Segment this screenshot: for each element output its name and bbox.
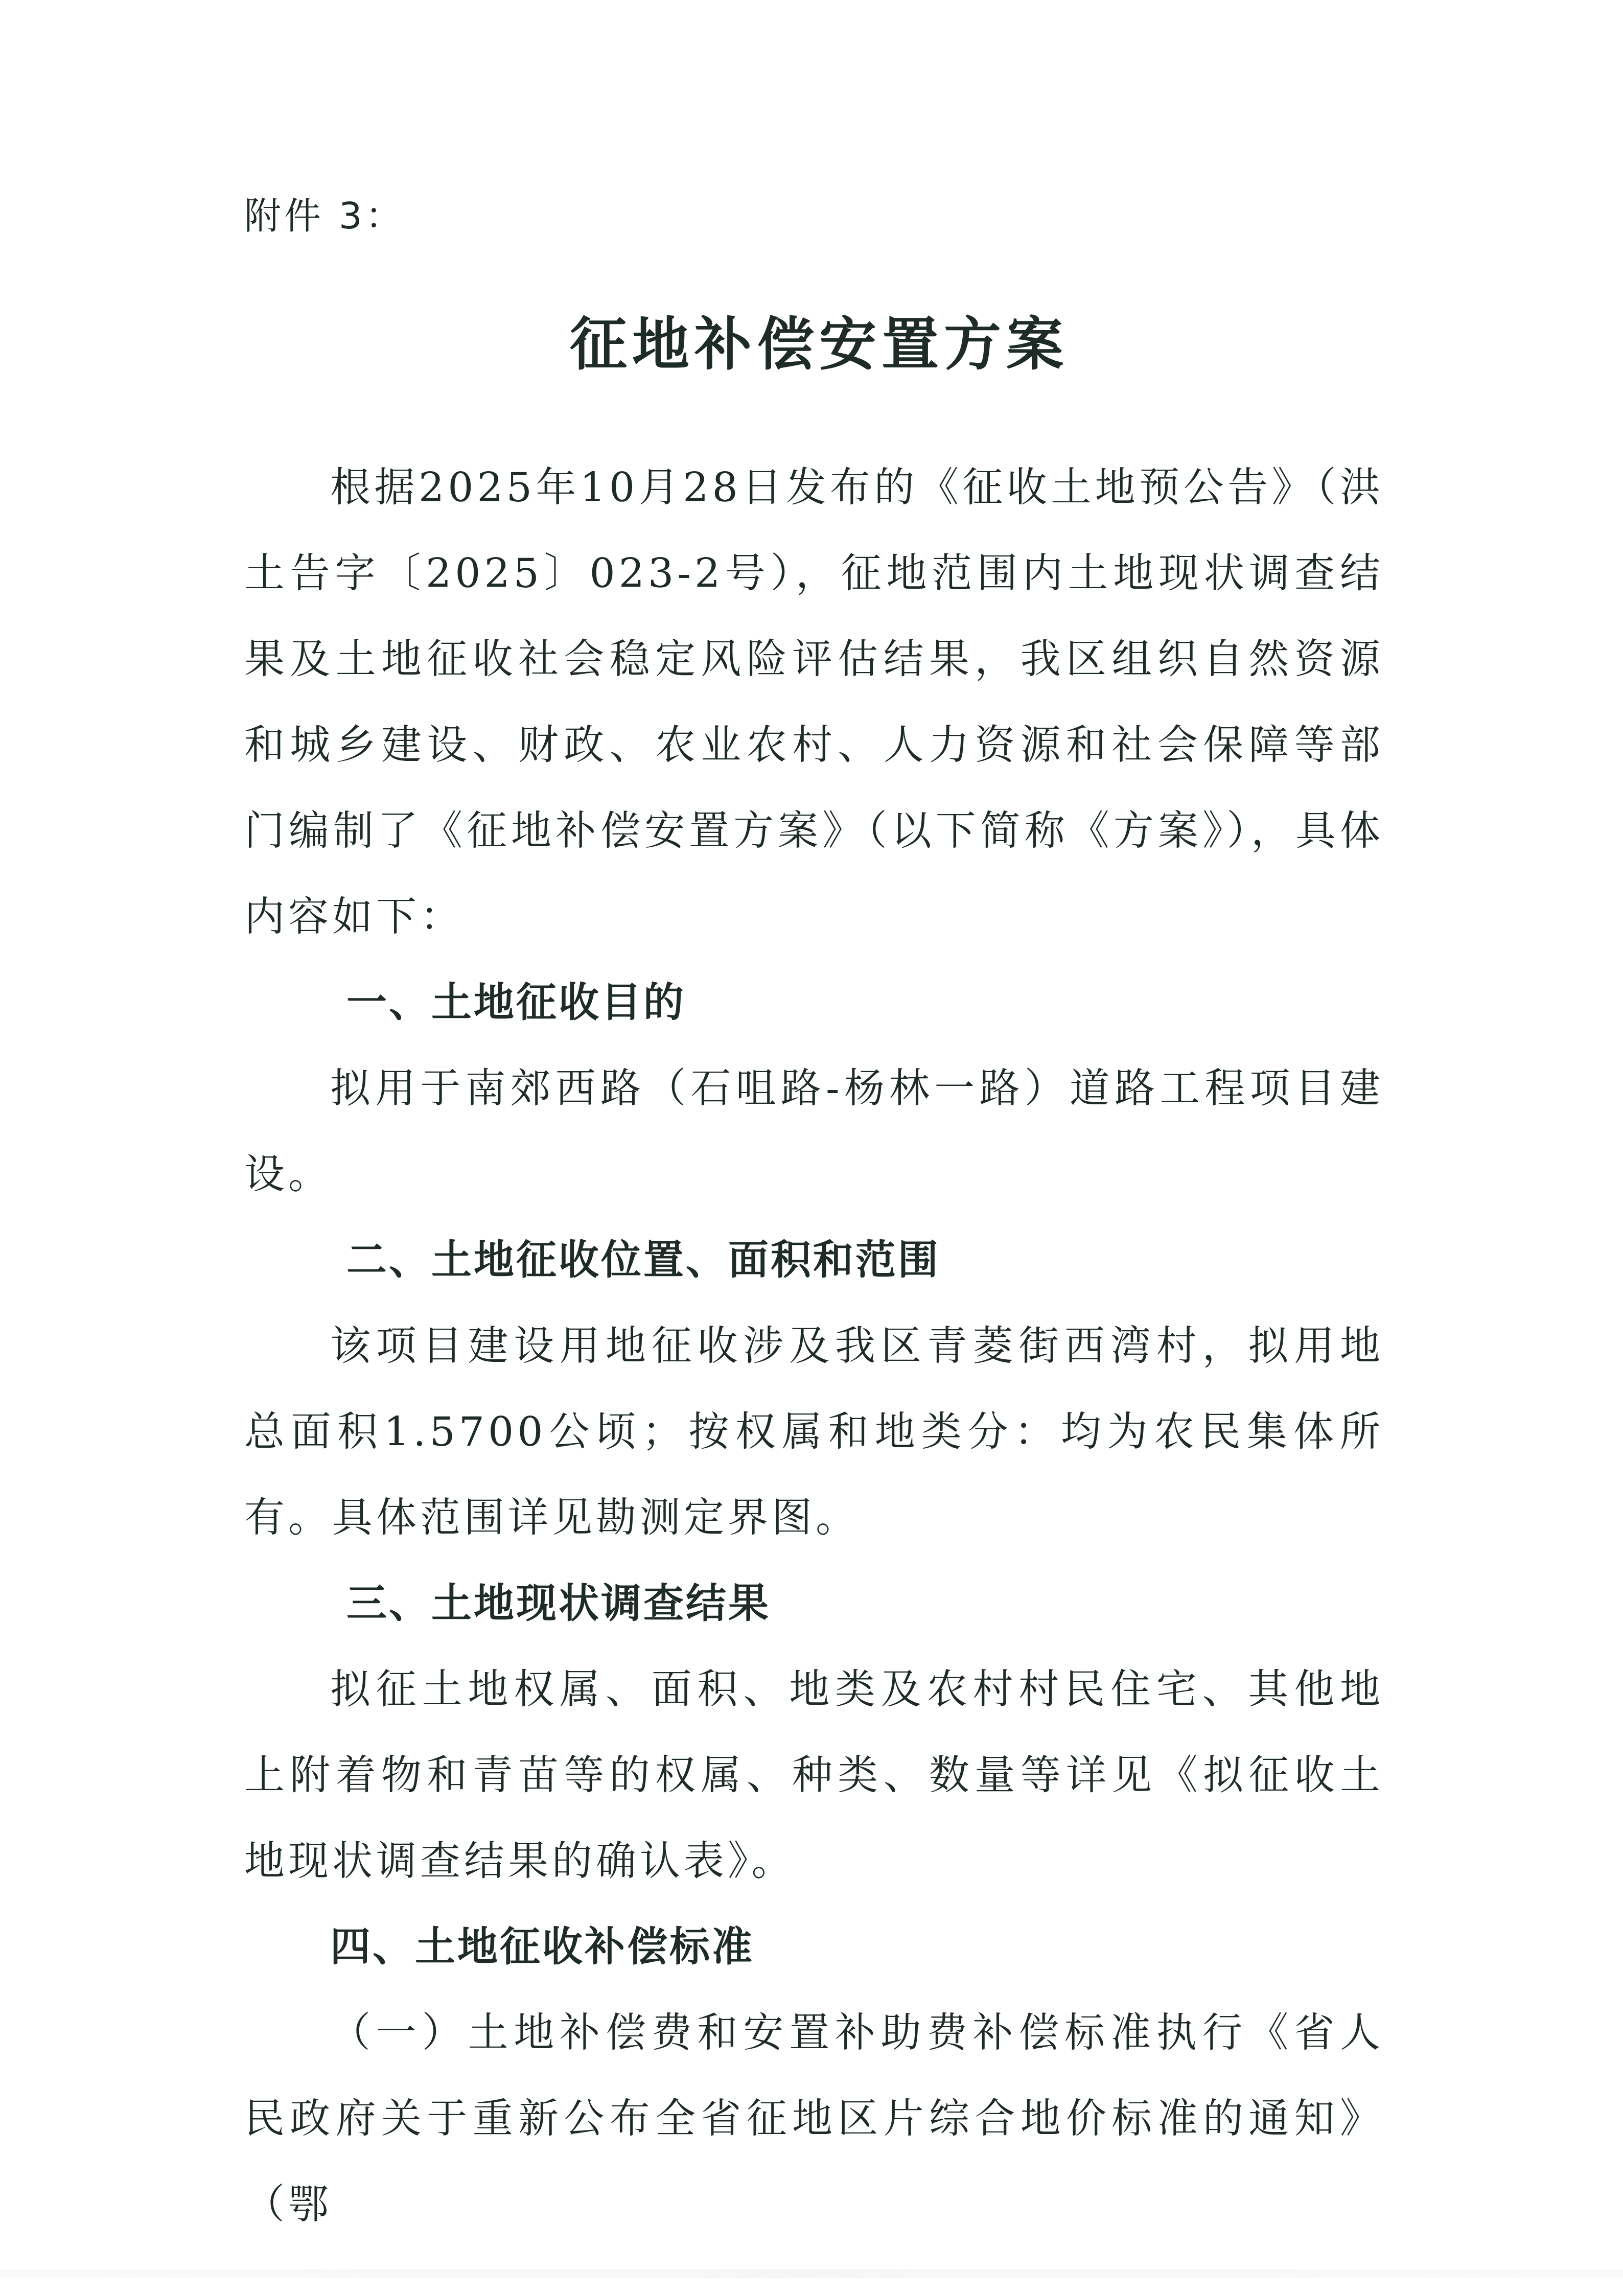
attachment-label: 附件 3： xyxy=(244,190,405,241)
survey-results-paragraph: 拟征土地权属、面积、地类及农村村民住宅、其他地上附着物和青苗等的权属、种类、数量… xyxy=(244,1646,1384,1904)
document-page: 附件 3： 征地补偿安置方案 根据2025年10月28日发布的《征收土地预公告》… xyxy=(0,0,1623,2296)
location-area-paragraph: 该项目建设用地征收涉及我区青菱街西湾村，拟用地总面积1.5700公顷；按权属和地… xyxy=(244,1303,1384,1561)
document-title: 征地补偿安置方案 xyxy=(0,307,1623,383)
section-heading-location-area: 二、土地征收位置、面积和范围 xyxy=(244,1217,1384,1303)
section-heading-survey-results: 三、土地现状调查结果 xyxy=(244,1561,1384,1646)
compensation-standard-paragraph: （一）土地补偿费和安置补助费补偿标准执行《省人民政府关于重新公布全省征地区片综合… xyxy=(244,1990,1384,2247)
section-heading-compensation-standard: 四、土地征收补偿标准 xyxy=(244,1904,1384,1990)
purpose-paragraph: 拟用于南郊西路（石咀路-杨林一路）道路工程项目建设。 xyxy=(244,1046,1384,1217)
scan-bleed-through xyxy=(0,2269,1623,2278)
section-heading-purpose: 一、土地征收目的 xyxy=(244,960,1384,1046)
document-body: 根据2025年10月28日发布的《征收土地预公告》（洪土告字〔2025〕023-… xyxy=(244,445,1384,2247)
intro-paragraph: 根据2025年10月28日发布的《征收土地预公告》（洪土告字〔2025〕023-… xyxy=(244,445,1384,960)
